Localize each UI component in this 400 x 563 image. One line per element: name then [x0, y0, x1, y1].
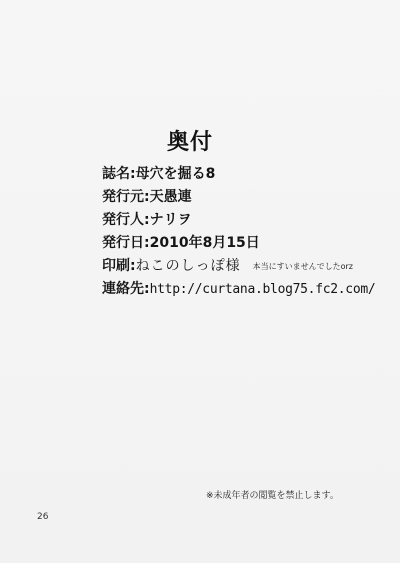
colophon-row-contact: 連絡先:http://curtana.blog75.fc2.com/ — [102, 281, 375, 298]
colophon-value: 2010年8月15日 — [150, 235, 260, 251]
colophon-label: 発行日 — [102, 235, 144, 251]
page-title: 奥付 — [167, 125, 213, 156]
page-number: 26 — [37, 512, 48, 522]
colophon-value: ナリヲ — [150, 212, 192, 228]
colophon-label: 印刷 — [102, 258, 130, 274]
colophon-label: 連絡先 — [102, 281, 144, 297]
colophon-row-printer: 印刷:ねこのしっぽ様本当にすいませんでしたorz — [102, 258, 353, 275]
colophon-page: 奥付 誌名:母穴を掘る8 発行元:天愚連 発行人:ナリヲ 発行日:2010年8月… — [0, 0, 400, 563]
age-restriction-notice: ※未成年者の閲覧を禁止します。 — [206, 488, 339, 501]
colophon-value: ねこのしっぽ様 — [136, 258, 241, 274]
colophon-row-date: 発行日:2010年8月15日 — [102, 235, 260, 251]
colophon-label: 発行元 — [102, 189, 144, 205]
colophon-row-title: 誌名:母穴を掘る8 — [102, 166, 215, 182]
colophon-label: 誌名 — [102, 166, 130, 182]
contact-url: http://curtana.blog75.fc2.com/ — [150, 282, 376, 297]
printer-apology-note: 本当にすいませんでしたorz — [253, 262, 353, 271]
colophon-row-publisher: 発行元:天愚連 — [102, 189, 192, 205]
colophon-row-issuer: 発行人:ナリヲ — [102, 212, 192, 228]
colophon-value: 天愚連 — [150, 189, 192, 205]
colophon-value: 母穴を掘る8 — [136, 166, 216, 182]
colophon-label: 発行人 — [102, 212, 144, 228]
